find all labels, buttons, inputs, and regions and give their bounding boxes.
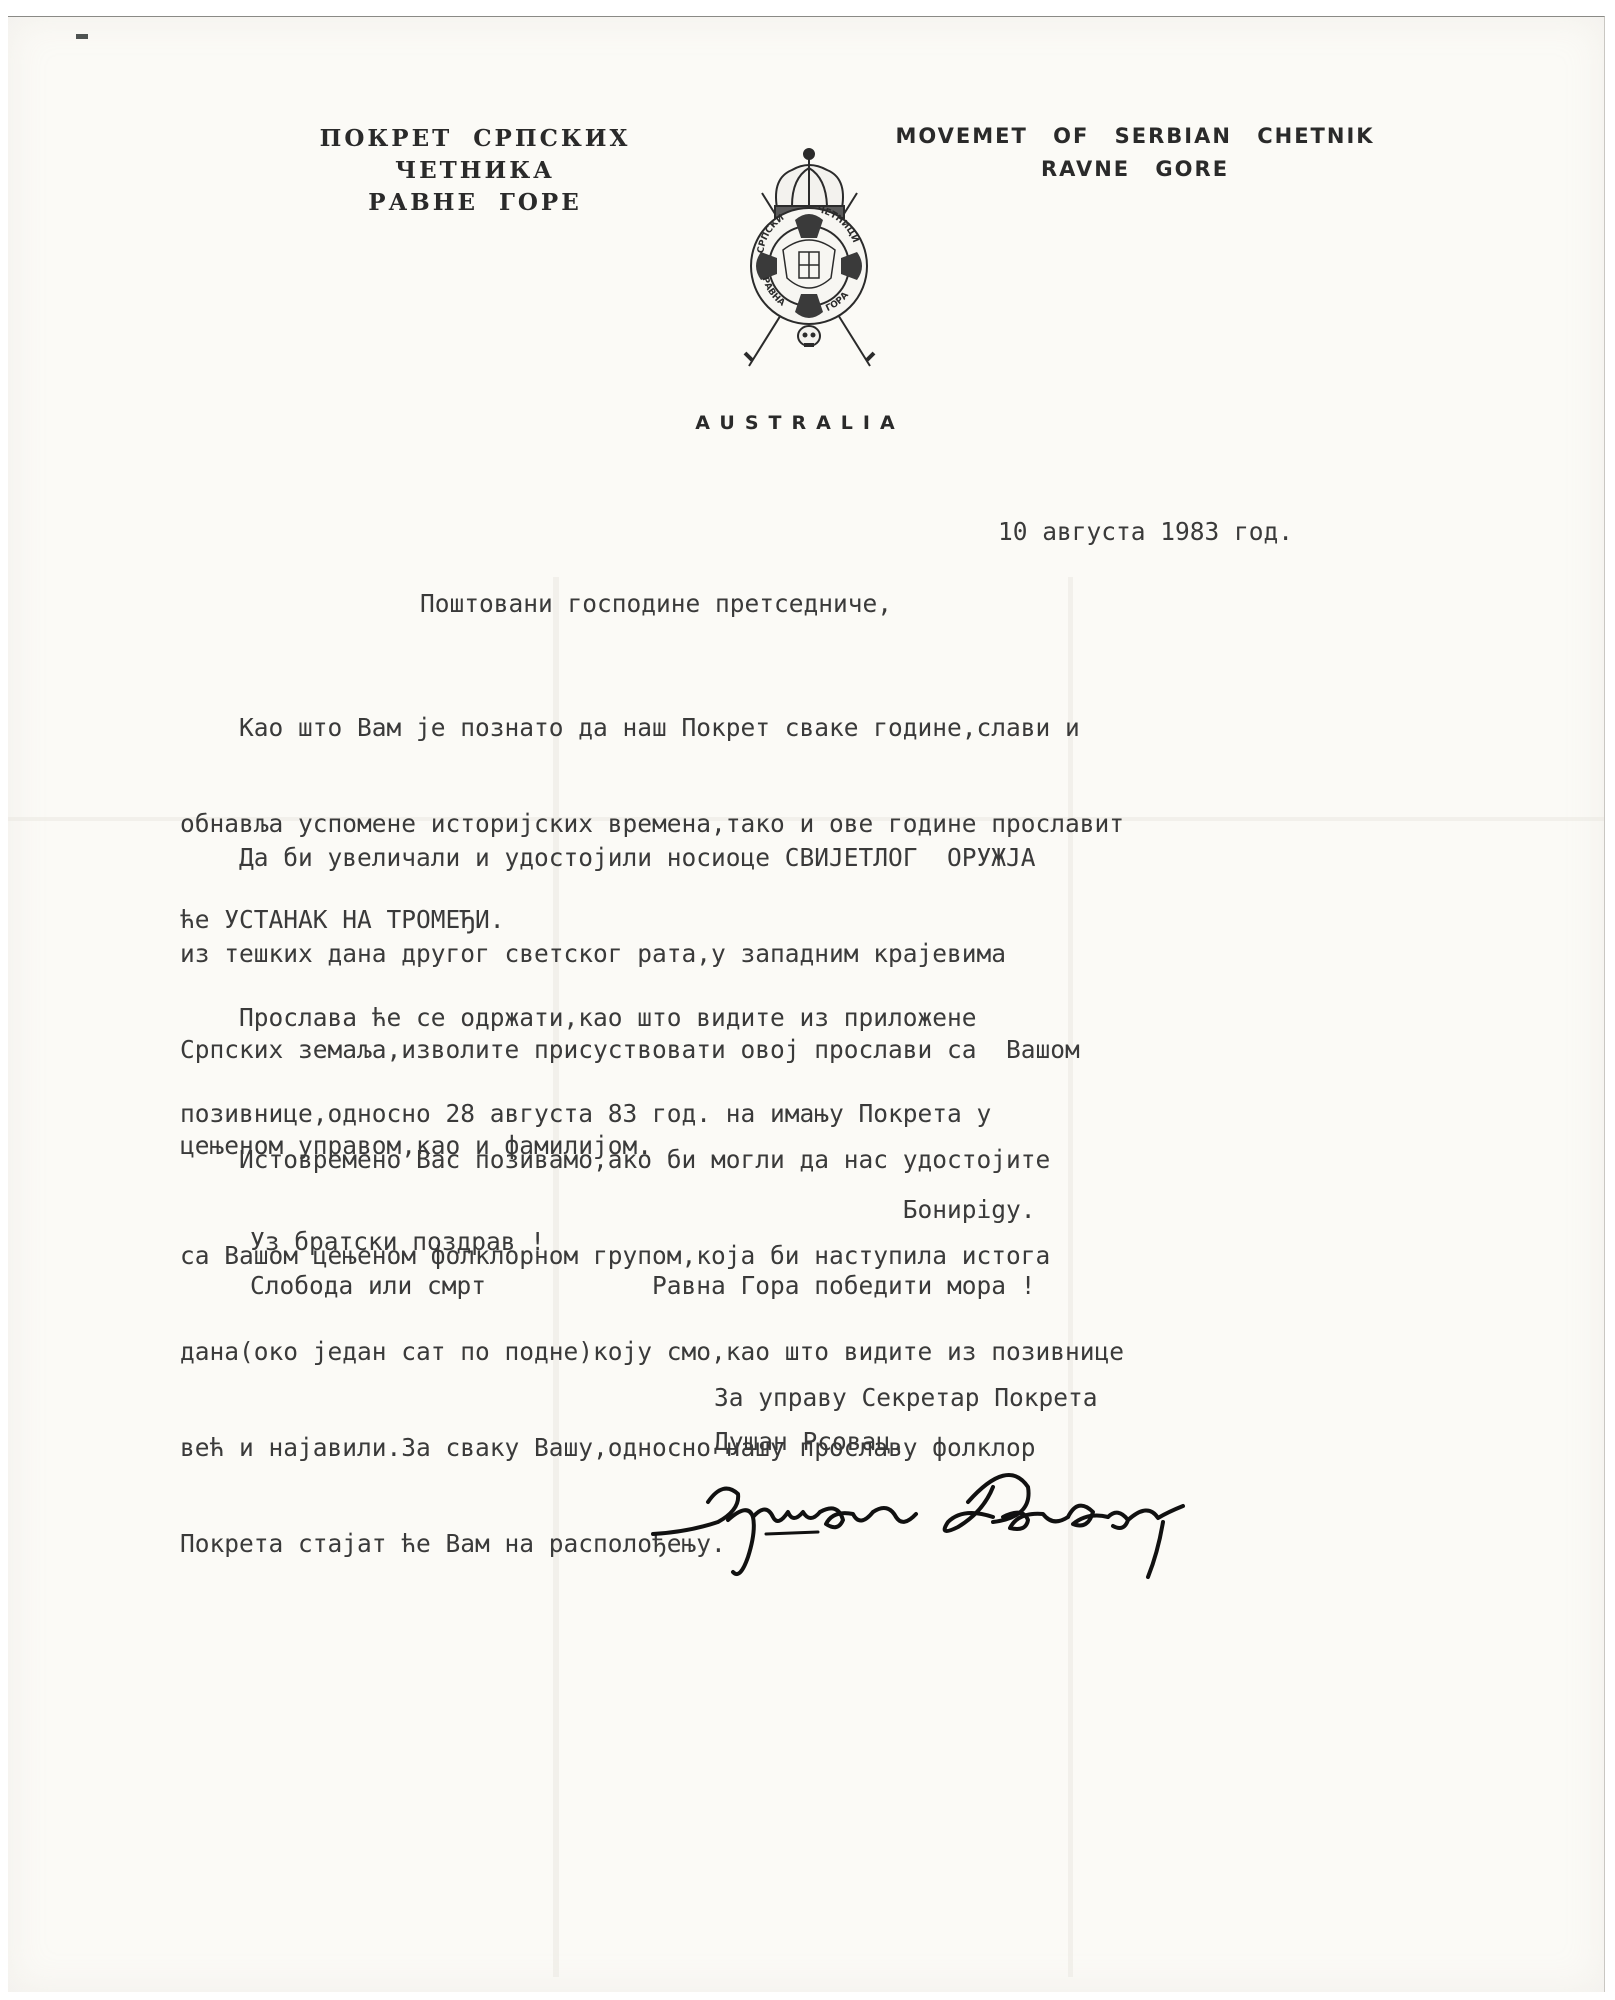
skull-icon — [798, 326, 820, 347]
crest-emblem-icon: СРПСКИ ЧЕТНИЦИ РАВНА ГОРА — [737, 138, 882, 373]
handwritten-signature-icon — [648, 1462, 1248, 1582]
motto-left: Слобода или смрт — [250, 1270, 486, 1302]
letterhead-cyrillic-line2: РАВНЕ ГОРЕ — [250, 187, 700, 219]
letter-closing: Уз братски поздрав ! — [250, 1226, 545, 1258]
motto-right: Равна Гора победити мора ! — [652, 1270, 1036, 1302]
letterhead-cyrillic: ПОКРЕТ СРПСКИХ ЧЕТНИКА РАВНЕ ГОРЕ — [250, 123, 700, 219]
letter-salutation: Поштовани господине претседниче, — [420, 588, 892, 620]
staple-mark — [76, 34, 88, 39]
letterhead-latin-line2: RAVNE GORE — [890, 153, 1380, 186]
paragraph-line: Истовремено Вас позивамо,ако би могли да… — [180, 1144, 1124, 1176]
paragraph-line: Прослава ће се одржати,као што видите из… — [180, 1002, 1036, 1034]
letterhead-latin-line1: MOVEMET OF SERBIAN CHETNIK — [890, 120, 1380, 153]
paragraph-line: већ и најавили.За сваку Вашу,односно наш… — [180, 1432, 1124, 1464]
paragraph-line: дана(око један сат по подне)коју смо,као… — [180, 1336, 1124, 1368]
country-label: AUSTRALIA — [680, 412, 920, 434]
signature-title: За управу Секретар Покрета — [714, 1382, 1098, 1414]
letterhead-latin: MOVEMET OF SERBIAN CHETNIK RAVNE GORE — [890, 120, 1380, 186]
signature-name: Душан Рсовац. — [714, 1426, 906, 1458]
paragraph-line: Као што Вам је познато да наш Покрет сва… — [180, 712, 1124, 744]
letterhead-cyrillic-line1: ПОКРЕТ СРПСКИХ ЧЕТНИКА — [250, 123, 700, 187]
paragraph-line: Да би увеличали и удостојили носиоце СВИ… — [180, 842, 1080, 874]
letter-date: 10 августа 1983 год. — [998, 516, 1293, 548]
